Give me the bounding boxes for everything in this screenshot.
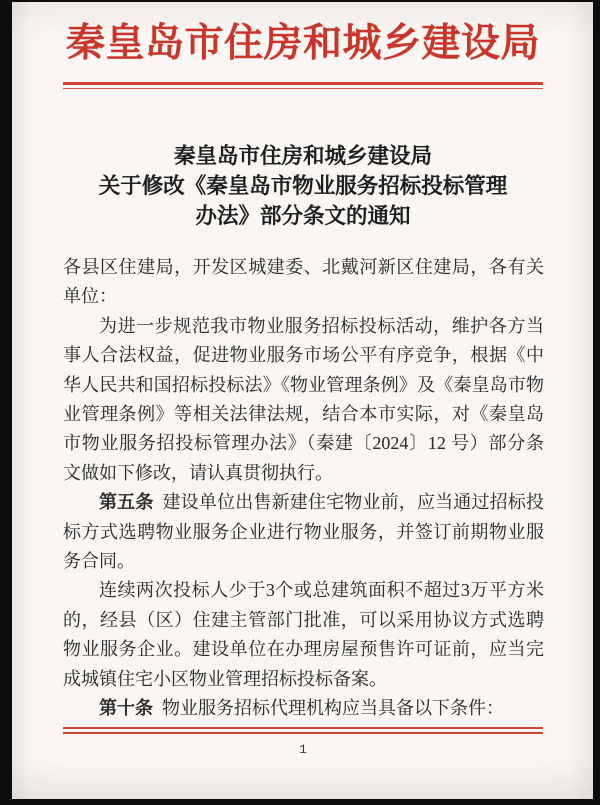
document-title-line-1: 秦皇岛市住房和城乡建设局 bbox=[43, 141, 563, 171]
document-page: 秦皇岛市住房和城乡建设局 秦皇岛市住房和城乡建设局 关于修改《秦皇岛市物业服务招… bbox=[12, 2, 593, 799]
paragraph-intro: 为进一步规范我市物业服务招标投标活动，维护各方当事人合法权益，促进物业服务市场公… bbox=[63, 312, 544, 488]
document-body: 各县区住建局，开发区城建委、北戴河新区住建局，各有关单位： 为进一步规范我市物业… bbox=[63, 253, 544, 724]
document-title-line-2: 关于修改《秦皇岛市物业服务招标投标管理 bbox=[43, 171, 563, 201]
article-10-number: 第十条 bbox=[99, 698, 153, 718]
paragraph-article-5: 第五条建设单位出售新建住宅物业前，应当通过招标投标方式选聘物业服务企业进行物业服… bbox=[63, 488, 544, 576]
document-title: 秦皇岛市住房和城乡建设局 关于修改《秦皇岛市物业服务招标投标管理 办法》部分条文… bbox=[43, 141, 563, 231]
page-number: 1 bbox=[63, 742, 543, 757]
salutation: 各县区住建局，开发区城建委、北戴河新区住建局，各有关单位： bbox=[63, 253, 544, 312]
letterhead-org-name: 秦皇岛市住房和城乡建设局 bbox=[51, 18, 555, 70]
footer-divider-line bbox=[63, 727, 543, 734]
article-5-number: 第五条 bbox=[99, 492, 154, 512]
photo-frame: 秦皇岛市住房和城乡建设局 秦皇岛市住房和城乡建设局 关于修改《秦皇岛市物业服务招… bbox=[0, 0, 600, 805]
letterhead-divider-line bbox=[63, 82, 543, 89]
article-10-text: 物业服务招标代理机构应当具备以下条件： bbox=[162, 698, 504, 718]
paragraph-article-5-supplement: 连续两次投标人少于3个或总建筑面积不超过3万平方米的，经县（区）住建主管部门批准… bbox=[63, 576, 544, 694]
document-title-line-3: 办法》部分条文的通知 bbox=[43, 201, 563, 231]
paragraph-article-10: 第十条物业服务招标代理机构应当具备以下条件： bbox=[63, 694, 544, 723]
